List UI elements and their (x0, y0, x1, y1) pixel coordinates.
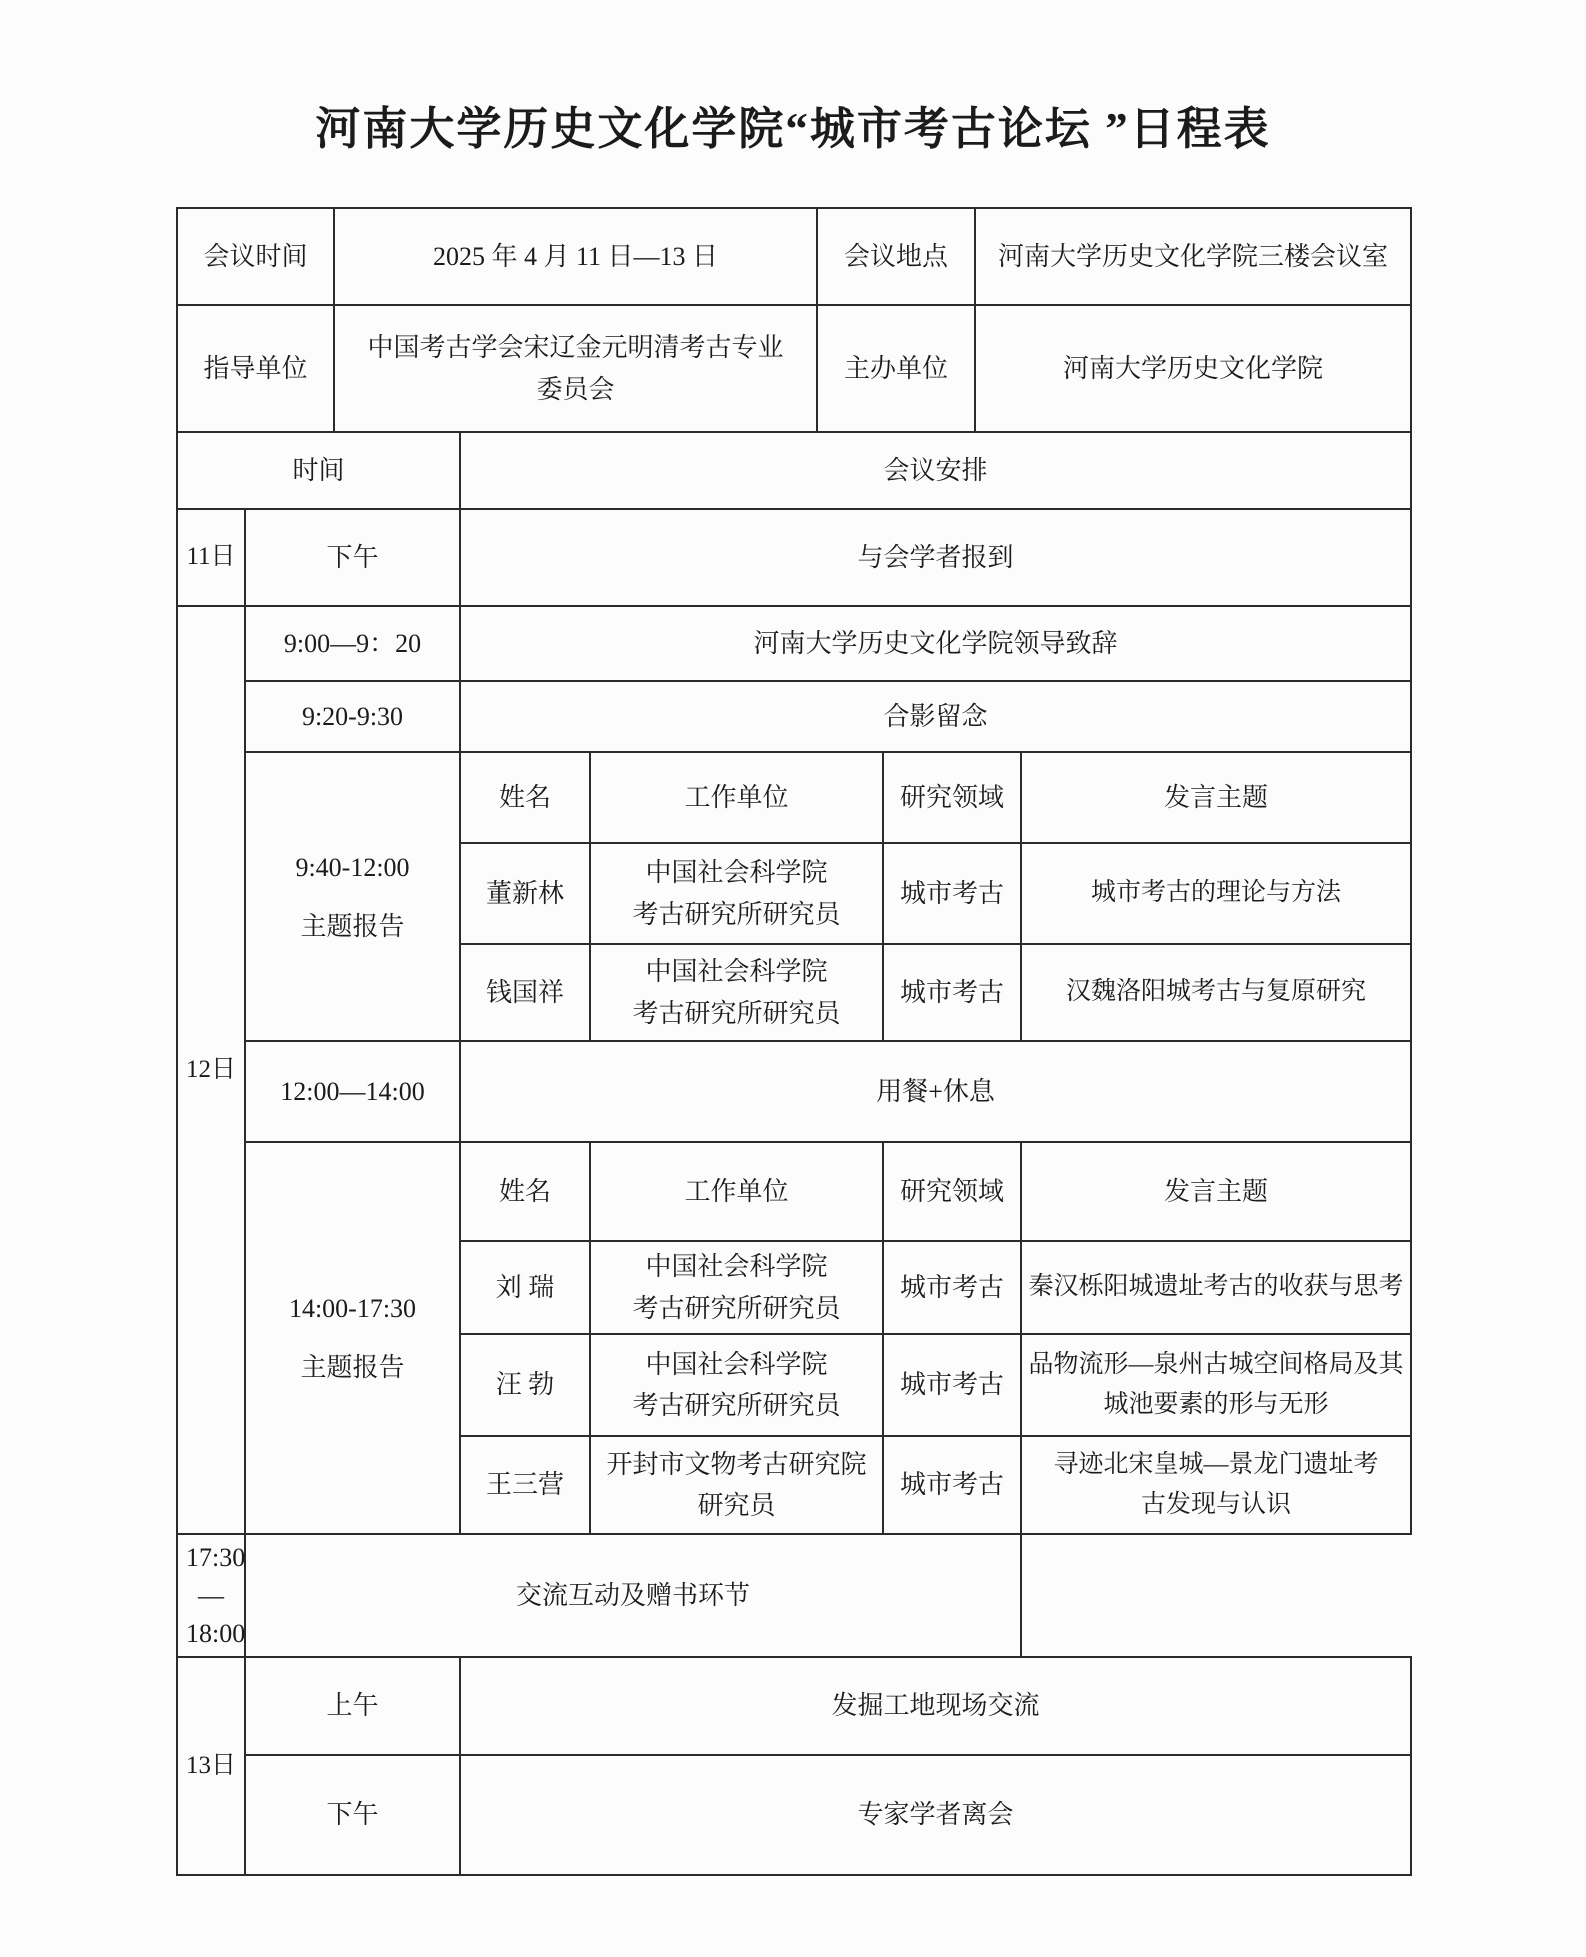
guidance-value: 中国考古学会宋辽金元明清考古专业 委员会 (334, 305, 817, 432)
info-table: 会议时间 2025 年 4 月 11 日—13 日 会议地点 河南大学历史文化学… (176, 207, 1412, 433)
day11-row: 11日 下午 与会学者报到 (177, 509, 1411, 606)
opening-row: 12日 9:00—9：20 河南大学历史文化学院领导致辞 (177, 606, 1411, 681)
speaker-name-cell: 汪 勃 (460, 1334, 590, 1436)
speaker-topic-cell: 秦汉栎阳城遗址考古的收获与思考 (1021, 1241, 1411, 1334)
speaker-name-cell: 王三营 (460, 1436, 590, 1534)
schedule-table: 时间 会议安排 11日 下午 与会学者报到 12日 9:00—9：20 河南大学… (176, 431, 1412, 1876)
photo-activity: 合影留念 (460, 681, 1411, 752)
host-label: 主办单位 (817, 305, 975, 432)
lunch-row: 12:00—14:00 用餐+休息 (177, 1041, 1411, 1142)
info-row-organizers: 指导单位 中国考古学会宋辽金元明清考古专业 委员会 主办单位 河南大学历史文化学… (177, 305, 1411, 432)
day13-morning-row: 13日 上午 发掘工地现场交流 (177, 1657, 1411, 1755)
meeting-time-value: 2025 年 4 月 11 日—13 日 (334, 208, 817, 305)
col-name-header: 姓名 (460, 752, 590, 843)
arrangement-column-header: 会议安排 (460, 432, 1411, 509)
location-value: 河南大学历史文化学院三楼会议室 (975, 208, 1411, 305)
closing-row: 17:30—18:00 交流互动及赠书环节 (177, 1534, 1411, 1657)
col-affiliation-header: 工作单位 (590, 1142, 883, 1241)
host-value: 河南大学历史文化学院 (975, 305, 1411, 432)
speaker-field-cell: 城市考古 (883, 1334, 1021, 1436)
day-13-afternoon-period: 下午 (245, 1755, 460, 1875)
afternoon-session-time: 14:00-17:30 (254, 1289, 451, 1328)
col-topic-header: 发言主题 (1021, 1142, 1411, 1241)
afternoon-session-label: 主题报告 (254, 1348, 451, 1387)
location-label: 会议地点 (817, 208, 975, 305)
morning-session-time-cell: 9:40-12:00 主题报告 (245, 752, 460, 1041)
speaker-affiliation-cell: 开封市文物考古研究院 研究员 (590, 1436, 883, 1534)
schedule-header-row: 时间 会议安排 (177, 432, 1411, 509)
day-11-period: 下午 (245, 509, 460, 606)
opening-time: 9:00—9：20 (245, 606, 460, 681)
speaker-topic-cell: 品物流形—泉州古城空间格局及其 城池要素的形与无形 (1021, 1334, 1411, 1436)
document-page: 河南大学历史文化学院“城市考古论坛 ”日程表 会议时间 2025 年 4 月 1… (0, 0, 1586, 1957)
day13-afternoon-row: 下午 专家学者离会 (177, 1755, 1411, 1875)
opening-activity: 河南大学历史文化学院领导致辞 (460, 606, 1411, 681)
guidance-label: 指导单位 (177, 305, 334, 432)
speaker-field-cell: 城市考古 (883, 1436, 1021, 1534)
time-column-header: 时间 (177, 432, 460, 509)
day-11-label: 11日 (177, 509, 245, 606)
lunch-activity: 用餐+休息 (460, 1041, 1411, 1142)
page-title: 河南大学历史文化学院“城市考古论坛 ”日程表 (176, 0, 1410, 152)
day-13-morning-activity: 发掘工地现场交流 (460, 1657, 1411, 1755)
day-13-afternoon-activity: 专家学者离会 (460, 1755, 1411, 1875)
speaker-affiliation-cell: 中国社会科学院 考古研究所研究员 (590, 1334, 883, 1436)
lunch-time: 12:00—14:00 (245, 1041, 460, 1142)
col-field-header: 研究领域 (883, 1142, 1021, 1241)
day-11-activity: 与会学者报到 (460, 509, 1411, 606)
speaker-field-cell: 城市考古 (883, 1241, 1021, 1334)
meeting-time-label: 会议时间 (177, 208, 334, 305)
day-13-morning-period: 上午 (245, 1657, 460, 1755)
speaker-name-cell: 刘 瑞 (460, 1241, 590, 1334)
speaker-name-cell: 钱国祥 (460, 944, 590, 1041)
speaker-name-cell: 董新林 (460, 843, 590, 944)
speaker-affiliation-cell: 中国社会科学院 考古研究所研究员 (590, 944, 883, 1041)
col-affiliation-header: 工作单位 (590, 752, 883, 843)
speaker-field-cell: 城市考古 (883, 944, 1021, 1041)
day-12-label: 12日 (177, 606, 245, 1534)
speaker-topic-cell: 汉魏洛阳城考古与复原研究 (1021, 944, 1411, 1041)
photo-time: 9:20-9:30 (245, 681, 460, 752)
col-topic-header: 发言主题 (1021, 752, 1411, 843)
closing-activity: 交流互动及赠书环节 (245, 1534, 1021, 1657)
closing-time: 17:30—18:00 (177, 1534, 245, 1657)
afternoon-session-header-row: 14:00-17:30 主题报告 姓名 工作单位 研究领域 发言主题 (177, 1142, 1411, 1241)
speaker-affiliation-cell: 中国社会科学院 考古研究所研究员 (590, 843, 883, 944)
speaker-affiliation-cell: 中国社会科学院 考古研究所研究员 (590, 1241, 883, 1334)
info-row-time-location: 会议时间 2025 年 4 月 11 日—13 日 会议地点 河南大学历史文化学… (177, 208, 1411, 305)
afternoon-session-time-cell: 14:00-17:30 主题报告 (245, 1142, 460, 1534)
day-13-label: 13日 (177, 1657, 245, 1875)
speaker-topic-cell: 城市考古的理论与方法 (1021, 843, 1411, 944)
speaker-field-cell: 城市考古 (883, 843, 1021, 944)
morning-session-header-row: 9:40-12:00 主题报告 姓名 工作单位 研究领域 发言主题 (177, 752, 1411, 843)
col-name-header: 姓名 (460, 1142, 590, 1241)
document-content: 河南大学历史文化学院“城市考古论坛 ”日程表 会议时间 2025 年 4 月 1… (176, 0, 1410, 1876)
col-field-header: 研究领域 (883, 752, 1021, 843)
morning-session-time: 9:40-12:00 (254, 848, 451, 887)
speaker-topic-cell: 寻迹北宋皇城—景龙门遗址考 古发现与认识 (1021, 1436, 1411, 1534)
morning-session-label: 主题报告 (254, 907, 451, 946)
photo-row: 9:20-9:30 合影留念 (177, 681, 1411, 752)
